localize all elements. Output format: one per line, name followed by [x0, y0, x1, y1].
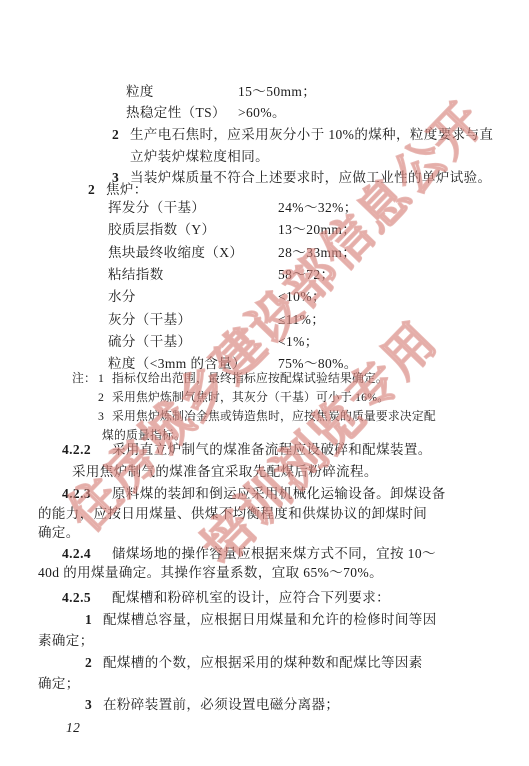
- spec-value: 15～50mm；: [238, 83, 316, 100]
- item-number: 2: [112, 126, 119, 143]
- subitem-number: 1: [85, 611, 92, 628]
- note-prefix: 注：: [72, 371, 96, 386]
- clause-text: 的能力，应按日用煤量、供煤不均衡程度和供煤协议的卸煤时间: [38, 505, 427, 522]
- clause-number: 4.2.4: [62, 545, 91, 562]
- spec-label: 粒度（<3mm 的含量）: [108, 355, 246, 372]
- spec-value: 58～72；: [278, 266, 334, 283]
- subitem-number: 2: [85, 654, 92, 671]
- spec-label: 水分: [108, 288, 136, 305]
- spec-value: 75%～80%。: [278, 355, 358, 372]
- clause-number: 4.2.2: [62, 441, 91, 458]
- item-text: 立炉装炉煤粒度相同。: [130, 148, 269, 165]
- spec-label: 硫分（干基）: [108, 333, 191, 350]
- clause-text: 原料煤的装卸和倒运应采用机械化运输设备。卸煤设备: [112, 485, 446, 502]
- spec-value: 13～20mm；: [278, 221, 356, 238]
- spec-label: 挥发分（干基）: [108, 199, 205, 216]
- note-text: 采用焦炉炼制气焦时，其灰分（干基）可小于 16%。: [112, 390, 389, 405]
- clause-text: 配煤槽和粉碎机室的设计，应符合下列要求：: [112, 589, 390, 606]
- clause-text: 确定。: [38, 524, 80, 541]
- spec-label: 热稳定性（TS）: [126, 104, 226, 121]
- spec-label: 粒度: [126, 83, 154, 100]
- spec-value: <1%；: [278, 333, 319, 350]
- spec-label: 粘结指数: [108, 266, 164, 283]
- note-number: 1: [98, 371, 104, 386]
- clause-text: 储煤场地的操作容量应根据来煤方式不同，宜按 10～: [112, 545, 436, 562]
- note-text: 指标仅给出范围，最终指标应按配煤试验结果确定。: [112, 371, 388, 386]
- spec-value: >60%。: [238, 104, 286, 121]
- clause-text: 40d 的用煤量确定。其操作容量系数，宜取 65%～70%。: [38, 564, 383, 581]
- clause-number: 4.2.3: [62, 485, 91, 502]
- clause-text: 采用直立炉制气的煤准备流程应设破碎和配煤装置。: [112, 441, 432, 458]
- subitem-text: 配煤槽总容量，应根据日用煤量和允许的检修时间等因: [103, 611, 437, 628]
- item-text: 当装炉煤质量不符合上述要求时，应做工业性的单炉试验。: [130, 169, 491, 186]
- spec-value: ≤11%；: [278, 311, 325, 328]
- item-title: 焦炉：: [106, 181, 148, 198]
- note-text: 采用焦炉炼制冶金焦或铸造焦时，应按焦炭的质量要求决定配: [112, 409, 436, 424]
- spec-label: 焦块最终收缩度（X）: [108, 244, 243, 261]
- item-text: 生产电石焦时，应采用灰分小于 10%的煤种，粒度要求与直: [130, 126, 493, 143]
- subitem-number: 3: [85, 696, 92, 713]
- page-number: 12: [66, 719, 80, 736]
- document-page: 住房城乡建设部信息公开 培训浏览专用 粒度 15～50mm； 热稳定性（TS） …: [0, 0, 529, 766]
- note-number: 3: [98, 409, 104, 424]
- subitem-text: 素确定；: [38, 632, 94, 649]
- spec-value: 28～33mm；: [278, 244, 356, 261]
- subitem-text: 配煤槽的个数，应根据采用的煤种数和配煤比等因素: [103, 654, 423, 671]
- note-number: 2: [98, 390, 104, 405]
- subitem-text: 确定；: [38, 675, 80, 692]
- spec-value: <10%；: [278, 288, 326, 305]
- subitem-text: 在粉碎装置前，必须设置电磁分离器；: [103, 696, 339, 713]
- spec-value: 24%～32%；: [278, 199, 358, 216]
- clause-number: 4.2.5: [62, 589, 91, 606]
- clause-text: 采用焦炉制气的煤准备宜采取先配煤后粉碎流程。: [72, 463, 378, 480]
- spec-label: 灰分（干基）: [108, 311, 191, 328]
- item-number: 2: [88, 181, 95, 198]
- spec-label: 胶质层指数（Y）: [108, 221, 215, 238]
